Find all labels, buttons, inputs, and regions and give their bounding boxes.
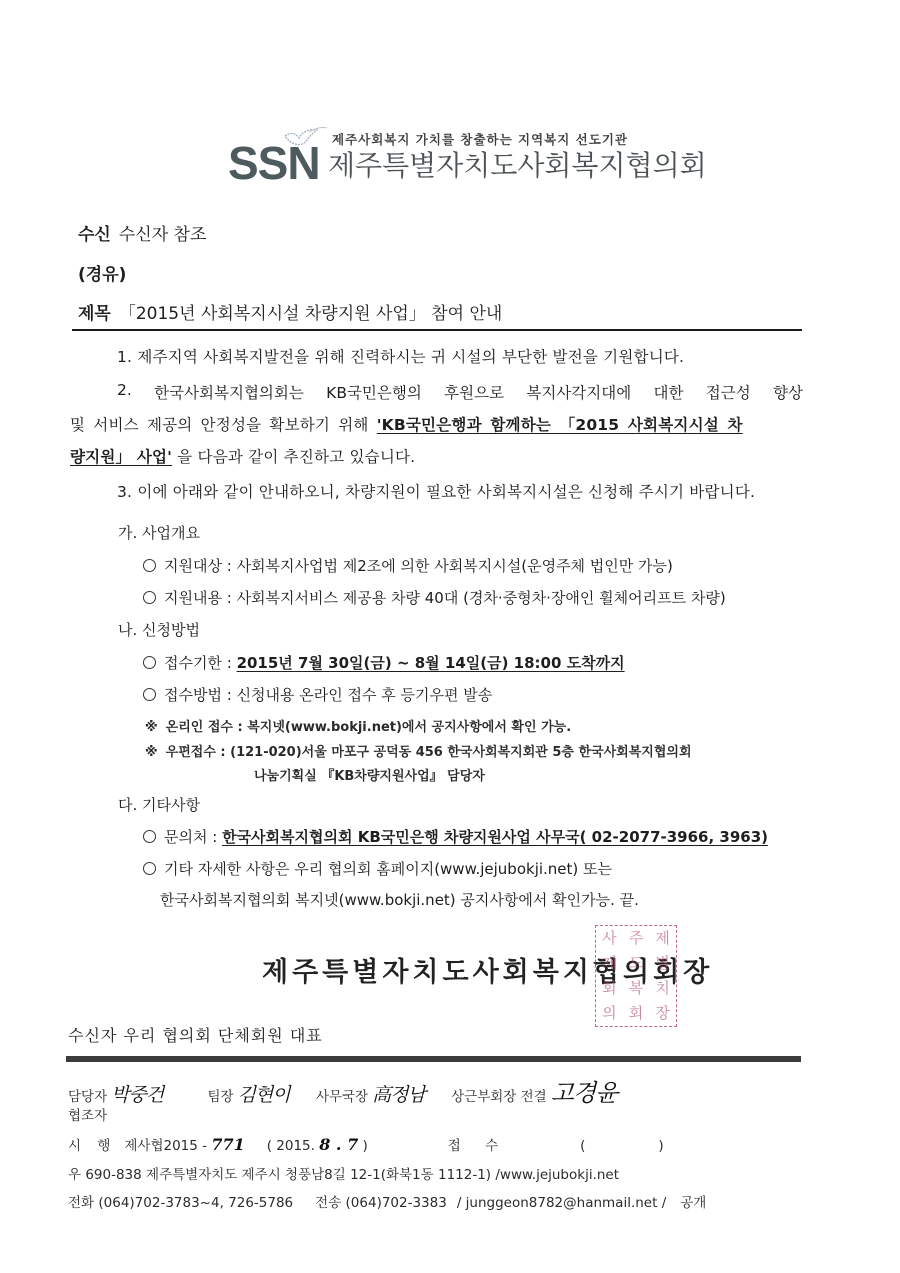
- vice-president-signature: 고경윤: [551, 1079, 618, 1107]
- team-leader-signature: 김현이: [238, 1084, 290, 1106]
- paragraph-1: 1. 제주지역 사회복지발전을 위해 진력하시는 귀 시설의 부단한 발전을 기…: [117, 345, 684, 367]
- via-row: (경유): [78, 260, 134, 285]
- circle-bullet-icon: [143, 559, 156, 572]
- recipient-row: 수신수신자 참조: [78, 220, 206, 245]
- circle-bullet-icon: [143, 830, 156, 843]
- execution-number-handwritten: 771: [211, 1135, 244, 1154]
- bullet-other-info-cont: 한국사회복지협의회 복지넷(www.bokji.net) 공지사항에서 확인가능…: [160, 889, 639, 910]
- bullet-support-target: 지원대상 : 사회복지사업법 제2조에 의한 사회복지시설(운영주체 법인만 가…: [143, 555, 673, 576]
- execution-number: 제사협2015 -: [124, 1138, 211, 1154]
- note-postal-cont: 나눔기획실 『KB차량지원사업』 담당자: [254, 765, 485, 784]
- contact-emphasis: 한국사회복지협의회 KB국민은행 차량지원사업 사무국( 02-2077-396…: [222, 828, 768, 846]
- reference-mark-icon: ※: [145, 720, 158, 735]
- staff-signature: 박중건: [111, 1084, 163, 1106]
- logo-slogan: 제주사회복지 가치를 창출하는 지역복지 선도기관: [332, 130, 628, 148]
- disclosure-status: 공개: [680, 1195, 706, 1211]
- paragraph-2-line-2: 및 서비스 제공의 안정성을 확보하기 위해 'KB국민은행과 함께하는 「20…: [70, 413, 743, 435]
- fax: 전송 (064)702-3383: [315, 1195, 447, 1211]
- note-online: ※온리인 접수 : 복지넷(www.bokji.net)에서 공지사항에서 확인…: [145, 716, 571, 735]
- receipt-value: ( ): [580, 1138, 664, 1154]
- logo-org-name: 제주특별자치도사회복지협의회: [328, 148, 707, 184]
- circle-bullet-icon: [143, 591, 156, 604]
- paragraph-2-line-3: 량지원」 사업' 을 다음과 같이 추진하고 있습니다.: [70, 445, 415, 467]
- execution-row: 시 행제사협2015 - 771( 2015. 8 . 7 )접 수( ): [68, 1134, 664, 1154]
- official-seal-icon: 사주제 제도별 회복치 의회장: [595, 925, 677, 1027]
- circle-bullet-icon: [143, 862, 156, 875]
- subject-divider: [72, 329, 802, 331]
- vice-president-label: 상근부회장 전결: [451, 1089, 547, 1105]
- reference-mark-icon: ※: [145, 745, 158, 760]
- program-name-emphasis: 'KB국민은행과 함께하는 「2015 사회복지시설 차: [377, 416, 743, 434]
- organization-logo: SSN 제주사회복지 가치를 창출하는 지역복지 선도기관 제주특별자치도사회복…: [228, 122, 688, 192]
- section-heading-overview: 가. 사업개요: [118, 522, 200, 543]
- paragraph-3: 3. 이에 아래와 같이 안내하오니, 차량지원이 필요한 사회복지시설은 신청…: [117, 480, 755, 502]
- office-director-signature: 高정남: [372, 1084, 425, 1106]
- circle-bullet-icon: [143, 656, 156, 669]
- subject-value: 「2015년 사회복지시설 차량지원 사업」 참여 안내: [119, 304, 502, 324]
- circle-bullet-icon: [143, 688, 156, 701]
- execution-date-handwritten: 8 . 7: [319, 1135, 358, 1154]
- section-heading-other: 다. 기타사항: [118, 794, 200, 815]
- bullet-support-content: 지원내용 : 사회복지서비스 제공용 차량 40대 (경차·중형차·장애인 휠체…: [143, 587, 726, 608]
- official-letter-page: SSN 제주사회복지 가치를 창출하는 지역복지 선도기관 제주특별자치도사회복…: [0, 0, 900, 1273]
- receipt-label: 접 수: [448, 1138, 508, 1154]
- phone: 전화 (064)702-3783~4, 726-5786: [68, 1195, 293, 1211]
- recipient-value: 수신자 참조: [119, 225, 207, 245]
- note-postal: ※우편접수 : (121-020)서울 마포구 공덕동 456 한국사회복지회관…: [145, 741, 692, 760]
- bullet-contact: 문의처 : 한국사회복지협의회 KB국민은행 차량지원사업 사무국( 02-20…: [143, 826, 768, 847]
- address-line: 우 690-838 제주특별자치도 제주시 청풍남8길 12-1(화북1동 11…: [68, 1163, 619, 1183]
- bullet-other-info: 기타 자세한 사항은 우리 협의회 홈페이지(www.jejubokji.net…: [143, 858, 612, 879]
- approval-row: 담당자박중건 팀장김현이 사무국장高정남 상근부회장 전결고경윤: [68, 1073, 629, 1108]
- footer-divider: [66, 1056, 801, 1062]
- bullet-method: 접수방법 : 신청내용 온라인 접수 후 등기우편 발송: [143, 684, 492, 705]
- subject-row: 제목「2015년 사회복지시설 차량지원 사업」 참여 안내: [78, 299, 502, 324]
- program-name-emphasis-cont: 량지원」 사업': [70, 448, 172, 466]
- paragraph-2-line-1: 2. 한국사회복지협의회는 KB국민은행의 후원으로 복지사각지대에 대한 접근…: [117, 381, 803, 403]
- bullet-deadline: 접수기한 : 2015년 7월 30일(금) ~ 8월 14일(금) 18:00…: [143, 652, 625, 673]
- logo-mark: SSN: [228, 140, 320, 186]
- team-leader-label: 팀장: [207, 1089, 233, 1105]
- recipient-label: 수신: [78, 225, 111, 245]
- contact-line: 전화 (064)702-3783~4, 726-5786전송 (064)702-…: [68, 1191, 706, 1211]
- subject-label: 제목: [78, 304, 111, 324]
- cooperator-label: 협조자: [68, 1104, 107, 1124]
- staff-label: 담당자: [68, 1089, 107, 1105]
- section-heading-application: 나. 신청방법: [118, 619, 200, 640]
- email: / junggeon8782@hanmail.net /: [457, 1195, 666, 1211]
- execution-label: 시 행: [68, 1138, 116, 1154]
- receivers-line: 수신자 우리 협의회 단체회원 대표: [68, 1023, 323, 1046]
- office-director-label: 사무국장: [316, 1089, 368, 1105]
- deadline-emphasis: 2015년 7월 30일(금) ~ 8월 14일(금) 18:00 도착까지: [237, 654, 625, 672]
- via-label: (경유): [78, 265, 126, 285]
